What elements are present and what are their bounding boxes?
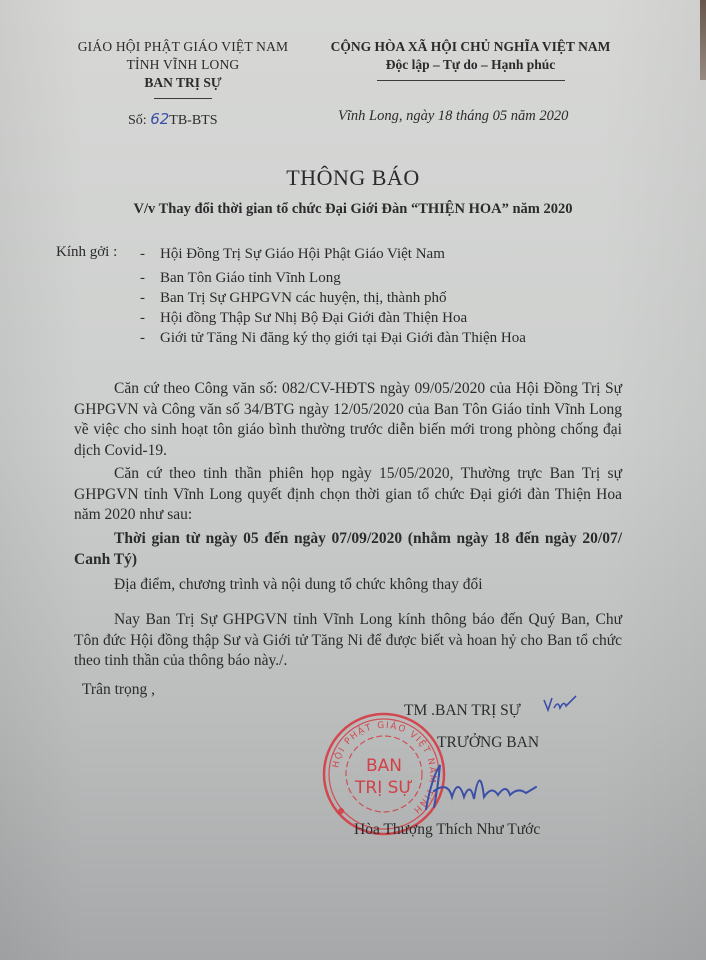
recipients-list: -Hội Đồng Trị Sự Giáo Hội Phật Giáo Việt… [140, 244, 526, 348]
document-subtitle: V/v Thay đổi thời gian tổ chức Đại Giới … [0, 201, 706, 218]
recipient-item: -Ban Trị Sự GHPGVN các huyện, thị, thành… [140, 288, 526, 308]
handwritten-signature [418, 757, 548, 817]
handwritten-initial [542, 694, 578, 714]
national-motto: Độc lập – Tự do – Hạnh phúc [318, 56, 623, 74]
recipient-item: -Ban Tôn Giáo tỉnh Vĩnh Long [140, 268, 526, 288]
body-paragraph-schedule: Thời gian từ ngày 05 đến ngày 07/09/2020… [74, 529, 622, 570]
body-paragraph-notice: Nay Ban Trị Sự GHPGVN tỉnh Vĩnh Long kín… [74, 610, 622, 672]
place-date: Vĩnh Long, ngày 18 tháng 05 năm 2020 [338, 108, 568, 125]
org-line-2: TỈNH VĨNH LONG [72, 56, 294, 74]
number-suffix: TB-BTS [169, 113, 217, 128]
signatory-name: Hòa Thượng Thích Như Tước [354, 821, 540, 839]
document-title: THÔNG BÁO [0, 165, 706, 191]
recipient-item: -Giới tử Tăng Ni đăng ký thọ giới tại Đạ… [140, 328, 526, 348]
document-number: Số: 62TB-BTS [128, 110, 218, 129]
motto-underline [377, 80, 565, 81]
recipient-item: -Hội Đồng Trị Sự Giáo Hội Phật Giáo Việt… [140, 244, 526, 264]
body-paragraph-unchanged: Địa điểm, chương trình và nội dung tổ ch… [74, 575, 622, 596]
closing-regards: Trân trọng , [82, 681, 155, 699]
issuing-organization: GIÁO HỘI PHẬT GIÁO VIỆT NAM TỈNH VĨNH LO… [72, 38, 294, 99]
org-line-1: GIÁO HỘI PHẬT GIÁO VIỆT NAM [72, 38, 294, 56]
body-paragraph-basis-1: Căn cứ theo Công văn số: 082/CV-HĐTS ngà… [74, 379, 622, 461]
seal-center-line-2: TRỊ SỰ [354, 778, 413, 798]
org-line-3: BAN TRỊ SỰ [72, 74, 294, 92]
national-header: CỘNG HÒA XÃ HỘI CHỦ NGHĨA VIỆT NAM Độc l… [318, 38, 623, 81]
photo-edge [700, 0, 706, 80]
seal-center-line-1: BAN [366, 756, 402, 776]
number-prefix: Số: [128, 113, 150, 128]
body-paragraph-basis-2: Căn cứ theo tinh thần phiên họp ngày 15/… [74, 464, 622, 526]
nation-name: CỘNG HÒA XÃ HỘI CHỦ NGHĨA VIỆT NAM [318, 38, 623, 56]
number-handwritten: 62 [150, 110, 169, 128]
org-underline [154, 98, 212, 99]
recipients-label: Kính gởi : [56, 244, 117, 261]
recipient-item: -Hội đồng Thập Sư Nhị Bộ Đại Giới đàn Th… [140, 308, 526, 328]
signature-position: TRƯỞNG BAN [437, 734, 539, 752]
